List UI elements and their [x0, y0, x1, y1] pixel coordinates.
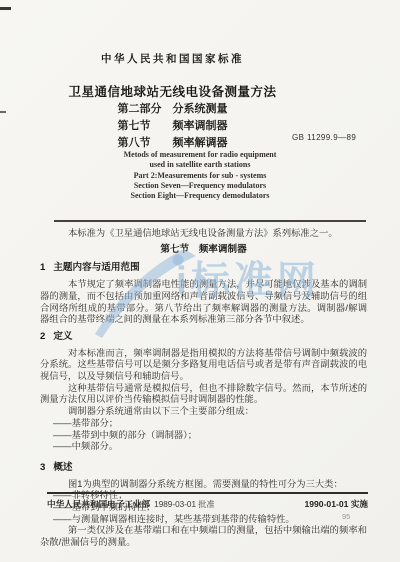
- preamble-paragraph: 本标准为《卫星通信地球站无线电设备测量方法》系列标准之一。: [40, 228, 367, 240]
- section-3-paragraph: 图1为典型的调制器分系统方框图。需要测量的特性可分为三大类：: [40, 479, 367, 491]
- section-3-closing-paragraph: 第一类仅涉及在基带端口和在中频端口的测量，包括中频输出端的频率和杂散/泄漏信号的…: [40, 525, 367, 548]
- section-1-paragraph: 本节规定了频率调制器电性能的测量方法，并尽可能地仅涉及基本的调制器的测量，而不包…: [40, 279, 367, 326]
- list-item: ——基带部分；: [40, 418, 367, 430]
- standard-part-cn: 第二部分 分系统测量: [0, 100, 345, 116]
- english-title-line: Section Seven—Frequency modulators: [2, 181, 398, 191]
- approval-date: 1989-03-01 批准: [154, 500, 215, 509]
- section-2-heading: 2定义: [40, 331, 367, 343]
- section-2-list: ——基带部分； ——基带到中频的部分（调制器）； ——中频部分。: [40, 418, 367, 453]
- national-standard-label: 中华人民共和国国家标准: [0, 51, 345, 66]
- english-title-block: Metods of measurement for radio equipmen…: [2, 150, 398, 201]
- section-2-paragraph: 调制器分系统通常由以下三个主要部分组成：: [40, 406, 367, 418]
- section-2-paragraph: 这种基带信号通常是模拟信号，但也不排除数字信号。然而，本节所述的测量方法仅用以评…: [40, 383, 367, 406]
- section-2-title: 定义: [53, 331, 72, 342]
- implementation-date: 1990-01-01 实施: [304, 498, 368, 510]
- english-title-line: Section Eight—Frequency demodulators: [2, 191, 398, 201]
- approval-line: 中华人民共和国电子工业部1989-03-01 批准: [47, 498, 215, 510]
- list-item: ——与测量解调器相连接时，某些基带到基带的传输特性。: [40, 514, 367, 526]
- header-divider: [54, 220, 366, 222]
- footer-divider: [47, 492, 368, 494]
- page-number: 95: [342, 512, 350, 521]
- section-2-number: 2: [40, 331, 45, 342]
- list-item: ——中频部分。: [40, 441, 367, 453]
- english-title-line: Part 2:Measurements for sub - systems: [2, 171, 398, 181]
- chapter-heading: 第七节 频率调制器: [40, 244, 367, 256]
- document-page: 中华人民共和国国家标准 卫星通信地球站无线电设备测量方法 第二部分 分系统测量 …: [0, 0, 400, 562]
- section-3-heading: 3概述: [40, 462, 367, 474]
- approval-org: 中华人民共和国电子工业部: [47, 499, 150, 509]
- english-title-line: used in satellite earth stations: [2, 160, 398, 170]
- scan-artifact: [0, 7, 11, 10]
- footer: 中华人民共和国电子工业部1989-03-01 批准 1990-01-01 实施: [47, 498, 368, 510]
- standard-section7-cn: 第七节 频率调制器: [0, 117, 345, 133]
- standard-title-cn: 卫星通信地球站无线电设备测量方法: [0, 82, 345, 100]
- section-1-number: 1: [40, 262, 45, 273]
- list-item: ——基带到中频的部分（调制器）；: [40, 430, 367, 442]
- section-2-paragraph: 对本标准而言，频率调制器是指用模拟的方法将基带信号调制中频载波的分系统。这些基带…: [40, 348, 367, 383]
- section-1-heading: 1主题内容与适用范围: [40, 262, 367, 274]
- section-1-title: 主题内容与适用范围: [53, 262, 139, 273]
- standard-code: GB 11299.9—89: [292, 133, 356, 142]
- english-title-line: Metods of measurement for radio equipmen…: [2, 150, 398, 160]
- section-3-title: 概述: [53, 462, 72, 473]
- section-3-number: 3: [40, 462, 45, 473]
